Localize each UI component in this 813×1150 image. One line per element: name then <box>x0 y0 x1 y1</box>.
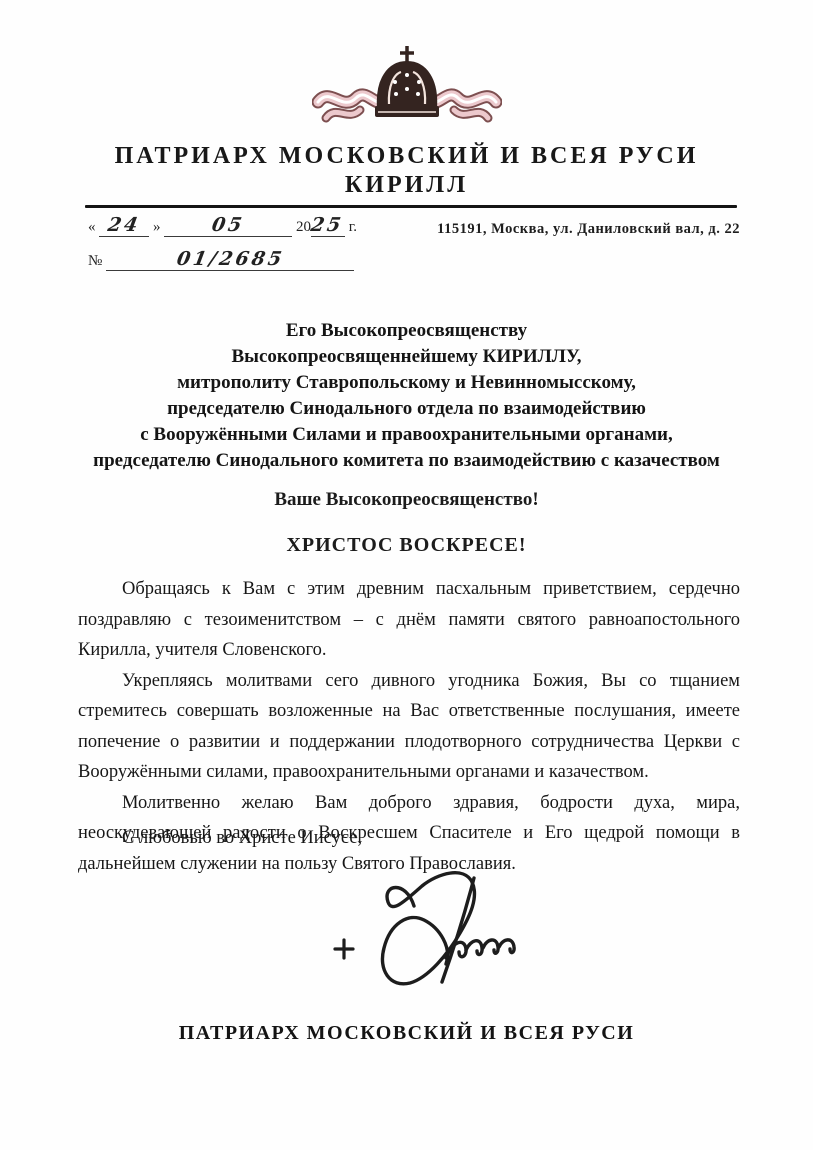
salutation: Ваше Высокопреосвященство! <box>0 489 813 511</box>
left-ribbon <box>318 95 384 118</box>
number-label: № <box>88 253 102 269</box>
paschal-greeting: ХРИСТОС ВОСКРЕСЕ! <box>0 534 813 557</box>
recipient-block: Его Высокопреосвященству Высокопреосвяще… <box>57 318 757 474</box>
letterhead-title-line1: ПАТРИАРХ МОСКОВСКИЙ И ВСЕЯ РУСИ <box>0 142 813 170</box>
signature-scribble <box>382 873 514 984</box>
recipient-line: Его Высокопреосвященству <box>57 318 757 344</box>
recipient-line: с Вооружёнными Силами и правоохранительн… <box>57 422 757 448</box>
recipient-line: митрополиту Ставропольскому и Невинномыс… <box>57 370 757 396</box>
letterhead-address: 115191, Москва, ул. Даниловский вал, д. … <box>0 221 740 238</box>
body-paragraph: Укрепляясь молитвами сего дивного угодни… <box>78 666 740 788</box>
letterhead-title-line2: КИРИЛЛ <box>0 171 813 199</box>
body-paragraph: Обращаясь к Вам с этим древним пасхальны… <box>78 574 740 666</box>
number-field: 01/2685 <box>106 248 354 271</box>
signature-block <box>318 858 578 995</box>
crown <box>375 46 439 117</box>
recipient-line: председателю Синодального комитета по вз… <box>57 448 757 474</box>
letterhead-divider-rule <box>85 205 737 208</box>
signatory-title: ПАТРИАРХ МОСКОВСКИЙ И ВСЕЯ РУСИ <box>0 1022 813 1045</box>
closing-line: С любовью во Христе Иисусе, <box>122 828 362 849</box>
scanned-letter-page: ПАТРИАРХ МОСКОВСКИЙ И ВСЕЯ РУСИ КИРИЛЛ «… <box>0 0 813 1150</box>
signature-cross-icon <box>335 940 353 958</box>
document-number-row: № 01/2685 <box>88 248 354 271</box>
recipient-line: председателю Синодального отдела по взаи… <box>57 396 757 422</box>
right-ribbon <box>430 95 496 118</box>
patriarchal-crown-emblem-icon <box>312 42 502 139</box>
recipient-line: Высокопреосвященнейшему КИРИЛЛУ, <box>57 344 757 370</box>
